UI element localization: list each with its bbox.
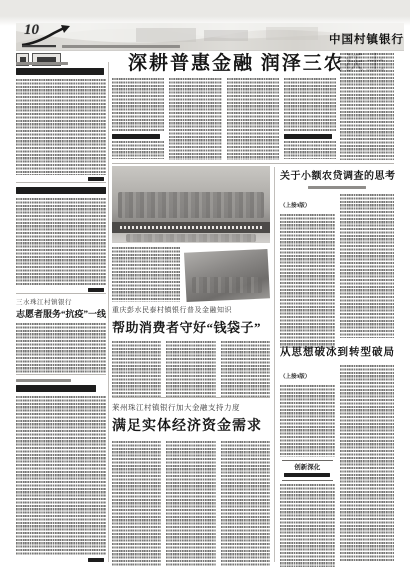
byline-greeked — [88, 288, 104, 292]
boxed-subhead: 创新深化 — [282, 460, 333, 481]
article-headline: 满足实体经济资金需求 — [112, 415, 270, 435]
body-text-greeked — [280, 484, 335, 567]
body-text-greeked — [166, 441, 215, 567]
body-text-greeked — [284, 141, 336, 159]
newspaper-page: 10 中国村镇银行 深耕普惠金融 润泽三农沃土 — [0, 0, 410, 567]
kicker-greeked — [16, 62, 68, 65]
article-headline: 关于小额农贷调查的思考 — [280, 167, 394, 182]
body-text-greeked — [280, 214, 335, 348]
boxed-subhead-line2-greeked — [284, 473, 330, 477]
left-rule-3 — [16, 374, 106, 375]
news-photo-main — [112, 166, 270, 243]
photo-crowd-figures — [118, 192, 264, 218]
left-rule-1 — [16, 182, 106, 183]
body-text-greeked — [340, 365, 395, 561]
byline-greeked — [88, 177, 104, 181]
article-body — [112, 341, 270, 397]
byline-greeked — [88, 558, 104, 562]
article-headline: 从思想破冰到转型破局 — [280, 344, 394, 359]
column-divider-left — [108, 62, 109, 562]
left-article-1 — [16, 62, 106, 181]
body-text-greeked — [16, 79, 106, 175]
body-text-greeked — [16, 323, 106, 375]
body-text-greeked — [221, 341, 270, 397]
headline-greeked — [16, 385, 96, 392]
continued-note: （上接9版） — [280, 374, 310, 380]
article-kicker: 三水珠江村镇银行 — [16, 297, 106, 306]
body-text-greeked — [284, 78, 336, 132]
photo-crowd-figures — [126, 234, 256, 242]
body-text-greeked — [340, 194, 395, 338]
body-col: （上接9版） — [280, 194, 335, 338]
top-article-col3 — [227, 78, 279, 160]
body-text-greeked — [166, 341, 215, 397]
article-body: （上接9版） 创新深化 — [280, 365, 394, 561]
headline-greeked — [16, 187, 106, 194]
column-divider-right — [274, 167, 275, 562]
news-photo-inset — [184, 249, 270, 302]
body-text-greeked — [280, 385, 335, 457]
article-body — [112, 441, 270, 567]
photo-banner — [112, 222, 270, 233]
kicker-greeked — [16, 379, 71, 382]
left-article-3: 三水珠江村镇银行 志愿者服务“抗疫”一线 — [16, 297, 106, 375]
masthead-title: 中国村镇银行 — [329, 31, 404, 47]
article-kicker: 莱州珠江村镇银行加大金融支持力度 — [112, 402, 270, 413]
middle-article-1: 重庆彭水民泰村镇银行普及金融知识 帮助消费者守好“钱袋子” — [112, 305, 270, 397]
article-headline: 帮助消费者守好“钱袋子” — [112, 317, 270, 336]
inline-subhead-greeked — [284, 134, 332, 139]
inline-subhead-greeked — [112, 134, 160, 139]
body-text-greeked — [112, 341, 161, 397]
photo-crowd-figures — [192, 277, 262, 293]
left-article-2 — [16, 187, 106, 292]
article-headline: 志愿者服务“抗疫”一线 — [16, 307, 106, 320]
right-article-1: 关于小额农贷调查的思考 （上接9版） — [280, 167, 394, 338]
article-kicker: 重庆彭水民泰村镇银行普及金融知识 — [112, 305, 270, 315]
left-rule-2 — [16, 293, 106, 294]
body-text-greeked — [112, 78, 164, 132]
top-article-col5 — [340, 53, 394, 160]
body-text-greeked — [221, 441, 270, 567]
body-text-greeked — [16, 198, 106, 286]
middle-rule — [112, 397, 270, 398]
top-article-col1 — [112, 78, 164, 160]
headline-greeked — [16, 68, 104, 75]
top-article-body — [112, 78, 336, 160]
left-article-4 — [16, 379, 106, 562]
body-text-greeked — [112, 141, 164, 159]
subtitle-greeked — [308, 186, 366, 189]
boxed-subhead-line1: 创新深化 — [282, 463, 333, 472]
article-body: （上接9版） — [280, 194, 394, 338]
middle-article-2: 莱州珠江村镇银行加大金融支持力度 满足实体经济资金需求 — [112, 402, 270, 567]
photo-story-text-greeked — [112, 247, 180, 302]
top-article-col2 — [169, 78, 221, 160]
right-article-2: 从思想破冰到转型破局 （上接9版） 创新深化 — [280, 344, 394, 561]
body-text-greeked — [16, 396, 106, 556]
body-col: （上接9版） 创新深化 — [280, 365, 335, 561]
continued-note: （上接9版） — [280, 203, 310, 209]
photo-banner-text-greeked — [120, 226, 262, 229]
top-article-col4 — [284, 78, 336, 160]
body-text-greeked — [112, 441, 161, 567]
top-article-bottom-rule — [112, 163, 394, 164]
